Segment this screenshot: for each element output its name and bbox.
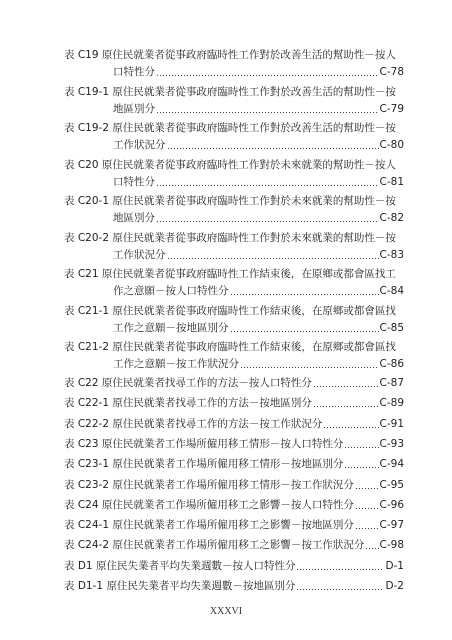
- entry-prefix: 表: [64, 159, 75, 171]
- entry-page: C-86: [380, 357, 404, 371]
- dot-leader: [355, 498, 379, 512]
- toc-entry-line1: 表 C21 原住民就業者從事政府臨時性工作結束後，在原鄉或都會區找工: [64, 267, 404, 281]
- entry-title: 原住民就業者工作場所僱用移工情形－按地區別分: [112, 458, 343, 470]
- toc-entry-line1: 表 C20-2 原住民就業者從事政府臨時性工作對於未來就業的幫助性－按: [64, 231, 404, 245]
- entry-prefix: 表: [64, 49, 75, 61]
- entry-page: C-84: [380, 284, 404, 298]
- entry-id: C23-2: [78, 479, 109, 491]
- dot-leader: [355, 478, 379, 492]
- entry-title: 原住民就業者從事政府臨時性工作對於改善生活的幫助性－按: [112, 122, 396, 134]
- entry-title: 原住民就業者從事政府臨時性工作結束後，在原鄉或都會區找: [112, 341, 396, 353]
- toc-entry-line: 表 C22-2 原住民就業者找尋工作的方法－按工作狀況分 C-91: [64, 417, 404, 431]
- entry-title: 原住民就業者工作場所僱用移工之影響－按地區別分: [112, 519, 354, 531]
- entry-title: 原住民就業者從事政府臨時性工作對於未來就業的幫助性－按: [112, 232, 396, 244]
- entry-page: C-79: [380, 102, 404, 116]
- entry-page: C-87: [380, 376, 404, 390]
- entry-title-cont: 工作狀況分: [113, 248, 166, 262]
- entry-id: C23: [78, 438, 99, 450]
- entry-id: C24-1: [78, 519, 109, 531]
- entry-title: 原住民就業者從事政府臨時性工作對於改善生活的幫助性－按人: [102, 49, 396, 61]
- toc-entry-line: 表 D1 原住民失業者平均失業週數－按人口特性分 D-1: [64, 559, 404, 573]
- dot-leader: [365, 538, 378, 552]
- entry-prefix: 表: [64, 195, 75, 207]
- entry-page: C-95: [380, 478, 404, 492]
- entry-title-cont: 工作狀況分: [113, 138, 166, 152]
- entry-title-cont: 工作之意願－按工作狀況分: [113, 357, 239, 371]
- entry-prefix: 表: [64, 458, 75, 470]
- entry-prefix: 表: [64, 397, 75, 409]
- toc-entry-line1: 表 C19-2 原住民就業者從事政府臨時性工作對於改善生活的幫助性－按: [64, 121, 404, 135]
- entry-id: C20-1: [78, 195, 109, 207]
- entry-title-cont: 作之意願－按人口特性分: [113, 284, 229, 298]
- entry-title: 原住民就業者找尋工作的方法－按地區別分: [112, 397, 312, 409]
- entry-page: C-89: [380, 396, 404, 410]
- page-number: XXXVI: [0, 606, 452, 617]
- entry-prefix: 表: [64, 268, 75, 280]
- entry-prefix: 表: [64, 418, 75, 430]
- toc-entry-line: 表 C23-2 原住民就業者工作場所僱用移工情形－按工作狀況分 C-95: [64, 478, 404, 492]
- dot-leader: [156, 65, 379, 79]
- entry-page: C-80: [380, 138, 404, 152]
- entry-title: 原住民失業者平均失業週數－按人口特性分: [96, 560, 296, 572]
- entry-title: 原住民就業者從事政府臨時性工作對於未來就業的幫助性－按: [112, 195, 396, 207]
- entry-prefix: 表: [64, 122, 75, 134]
- entry-title-cont: 口特性分: [113, 175, 155, 189]
- entry-id: C22-1: [78, 397, 109, 409]
- toc-entry-line: 表 C23-1 原住民就業者工作場所僱用移工情形－按地區別分 C-94: [64, 457, 404, 471]
- entry-id: C22-2: [78, 418, 109, 430]
- toc-entry-line1: 表 C20 原住民就業者從事政府臨時性工作對於未來就業的幫助性－按人: [64, 158, 404, 172]
- toc-entry-line1: 表 C19-1 原住民就業者從事政府臨時性工作對於改善生活的幫助性－按: [64, 85, 404, 99]
- entry-page: C-94: [380, 457, 404, 471]
- toc-entry-line1: 表 C21-2 原住民就業者從事政府臨時性工作結束後，在原鄉或都會區找: [64, 340, 404, 354]
- entry-prefix: 表: [64, 438, 75, 450]
- entry-id: C20: [78, 159, 99, 171]
- entry-page: C-93: [380, 437, 404, 451]
- entry-id: C19-1: [78, 86, 109, 98]
- entry-prefix: 表: [64, 232, 75, 244]
- dot-leader: [296, 559, 384, 573]
- entry-page: C-78: [380, 65, 404, 79]
- entry-id: C19-2: [78, 122, 109, 134]
- toc-entry-line1: 表 C20-1 原住民就業者從事政府臨時性工作對於未來就業的幫助性－按: [64, 194, 404, 208]
- toc-entry-line: 表 C24-1 原住民就業者工作場所僱用移工之影響－按地區別分 C-97: [64, 518, 404, 532]
- dot-leader: [313, 376, 379, 390]
- entry-title: 原住民就業者找尋工作的方法－按人口特性分: [102, 377, 312, 389]
- entry-id: C21: [78, 268, 99, 280]
- dot-leader: [156, 175, 379, 189]
- toc-entry-line1: 表 C21-1 原住民就業者從事政府臨時性工作結束後，在原鄉或都會區找: [64, 304, 404, 318]
- toc-entry-line: 表 C24 原住民就業者工作場所僱用移工之影響－按人口特性分 C-96: [64, 498, 404, 512]
- toc-entry-line: 表 C22 原住民就業者找尋工作的方法－按人口特性分 C-87: [64, 376, 404, 390]
- entry-title: 原住民就業者從事政府臨時性工作對於改善生活的幫助性－按: [112, 86, 396, 98]
- toc-entry-line: 表 C24-2 原住民就業者工作場所僱用移工之影響－按工作狀況分 C-98: [64, 538, 404, 552]
- entry-title: 原住民就業者從事政府臨時性工作對於未來就業的幫助性－按人: [102, 159, 396, 171]
- toc-entry-line2: 工作之意願－按地區別分 C-85: [113, 321, 404, 335]
- toc-entry-line2: 工作狀況分 C-83: [113, 248, 404, 262]
- entry-prefix: 表: [64, 560, 75, 572]
- entry-title-cont: 地區別分: [113, 211, 155, 225]
- toc-entry-line2: 工作之意願－按工作狀況分 C-86: [113, 357, 404, 371]
- dot-leader: [296, 579, 384, 593]
- entry-id: C24-2: [78, 539, 109, 551]
- dot-leader: [355, 518, 379, 532]
- toc-entry-line1: 表 C19 原住民就業者從事政府臨時性工作對於改善生活的幫助性－按人: [64, 48, 404, 62]
- entry-page: C-81: [380, 175, 404, 189]
- entry-title: 原住民就業者工作場所僱用移工之影響－按人口特性分: [102, 499, 354, 511]
- entry-prefix: 表: [64, 539, 75, 551]
- entry-id: C21-1: [78, 305, 109, 317]
- entry-prefix: 表: [64, 341, 75, 353]
- toc-entry-line2: 口特性分 C-81: [113, 175, 404, 189]
- entry-title: 原住民失業者平均失業週數－按地區別分: [106, 580, 295, 592]
- toc-entry-line2: 地區別分 C-79: [113, 102, 404, 116]
- entry-id: C21-2: [78, 341, 109, 353]
- entry-prefix: 表: [64, 580, 75, 592]
- entry-title-cont: 地區別分: [113, 102, 155, 116]
- entry-page: D-2: [385, 579, 404, 593]
- entry-title-cont: 工作之意願－按地區別分: [113, 321, 229, 335]
- dot-leader: [344, 437, 378, 451]
- entry-page: C-82: [380, 211, 404, 225]
- entry-page: C-96: [380, 498, 404, 512]
- toc-entry-line: 表 D1-1 原住民失業者平均失業週數－按地區別分 D-2: [64, 579, 404, 593]
- entry-id: D1: [78, 560, 93, 572]
- entry-title: 原住民就業者從事政府臨時性工作結束後，在原鄉或都會區找: [112, 305, 396, 317]
- toc-entry-line2: 工作狀況分 C-80: [113, 138, 404, 152]
- entry-prefix: 表: [64, 519, 75, 531]
- toc-entry-line: 表 C23 原住民就業者工作場所僱用移工情形－按人口特性分 C-93: [64, 437, 404, 451]
- entry-page: D-1: [385, 559, 404, 573]
- dot-leader: [167, 138, 379, 152]
- entry-page: C-97: [380, 518, 404, 532]
- entry-id: C24: [78, 499, 99, 511]
- entry-title: 原住民就業者找尋工作的方法－按工作狀況分: [112, 418, 322, 430]
- entry-page: C-85: [380, 321, 404, 335]
- dot-leader: [156, 211, 379, 225]
- entry-id: C19: [78, 49, 99, 61]
- entry-title: 原住民就業者從事政府臨時性工作結束後，在原鄉或都會區找工: [102, 268, 396, 280]
- dot-leader: [240, 357, 379, 371]
- entry-title: 原住民就業者工作場所僱用移工之影響－按工作狀況分: [112, 539, 364, 551]
- entry-id: C23-1: [78, 458, 109, 470]
- entry-prefix: 表: [64, 377, 75, 389]
- dot-leader: [230, 284, 379, 298]
- toc-entry-line2: 口特性分 C-78: [113, 65, 404, 79]
- dot-leader: [323, 417, 378, 431]
- toc-entry-line2: 作之意願－按人口特性分 C-84: [113, 284, 404, 298]
- entry-prefix: 表: [64, 479, 75, 491]
- entry-id: C20-2: [78, 232, 109, 244]
- toc-entry-line: 表 C22-1 原住民就業者找尋工作的方法－按地區別分 C-89: [64, 396, 404, 410]
- dot-leader: [167, 248, 379, 262]
- entry-prefix: 表: [64, 86, 75, 98]
- dot-leader: [344, 457, 378, 471]
- entry-title: 原住民就業者工作場所僱用移工情形－按人口特性分: [102, 438, 344, 450]
- entry-prefix: 表: [64, 499, 75, 511]
- dot-leader: [156, 102, 379, 116]
- toc-entry-line2: 地區別分 C-82: [113, 211, 404, 225]
- entry-page: C-98: [380, 538, 404, 552]
- entry-page: C-83: [380, 248, 404, 262]
- entry-prefix: 表: [64, 305, 75, 317]
- entry-id: D1-1: [78, 580, 103, 592]
- entry-page: C-91: [380, 417, 404, 431]
- entry-id: C22: [78, 377, 99, 389]
- entry-title: 原住民就業者工作場所僱用移工情形－按工作狀況分: [112, 479, 354, 491]
- entry-title-cont: 口特性分: [113, 65, 155, 79]
- dot-leader: [230, 321, 379, 335]
- dot-leader: [313, 396, 379, 410]
